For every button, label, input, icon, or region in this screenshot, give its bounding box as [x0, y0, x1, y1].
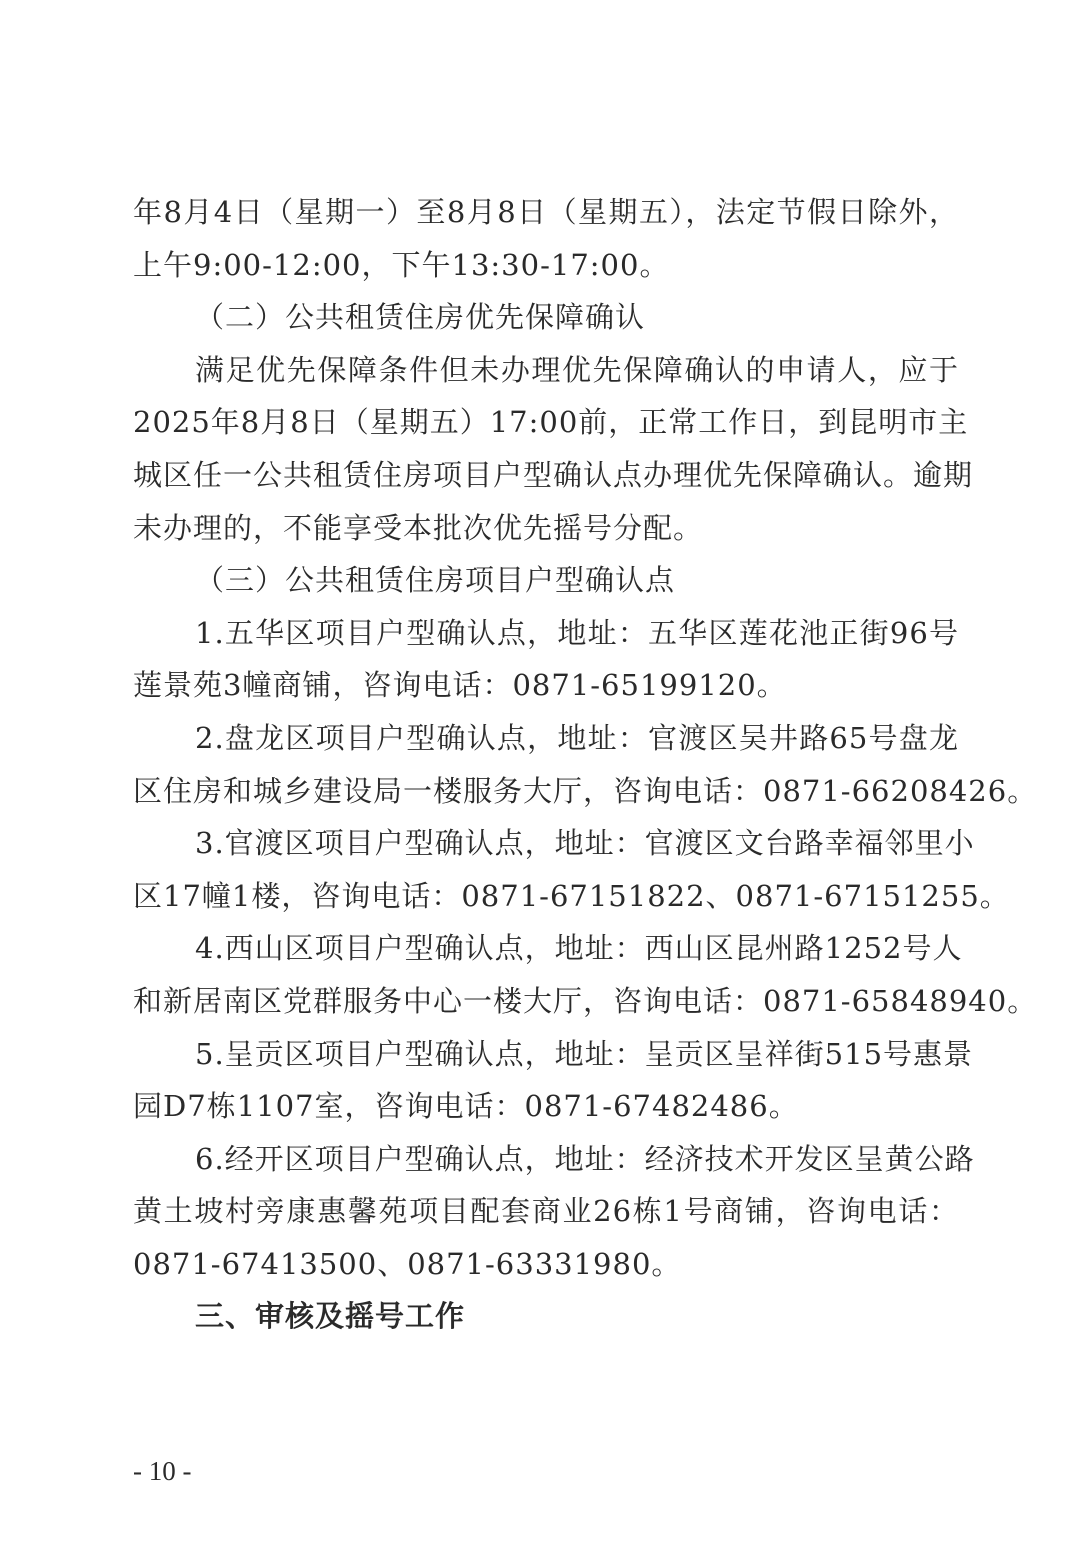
- text-line: 园D7栋1107室，咨询电话：0871-67482486。: [133, 1080, 959, 1133]
- list-item-jingkai: 6.经开区项目户型确认点，地址：经济技术开发区呈黄公路: [133, 1133, 959, 1186]
- text-line: 0871-67413500、0871-63331980。: [133, 1238, 959, 1291]
- page-number: - 10 -: [133, 1456, 191, 1487]
- section-heading-priority-confirmation: （二）公共租赁住房优先保障确认: [133, 291, 959, 344]
- text-line: 未办理的，不能享受本批次优先摇号分配。: [133, 502, 959, 555]
- text-line: 年8月4日（星期一）至8月8日（星期五），法定节假日除外，: [133, 186, 959, 239]
- text-line: 城区任一公共租赁住房项目户型确认点办理优先保障确认。逾期: [133, 449, 959, 502]
- document-body: 年8月4日（星期一）至8月8日（星期五），法定节假日除外， 上午9:00-12:…: [133, 186, 959, 1343]
- section-heading-review-lottery: 三、审核及摇号工作: [133, 1290, 959, 1343]
- text-line: 和新居南区党群服务中心一楼大厅，咨询电话：0871-65848940。: [133, 975, 959, 1028]
- list-item-panlong: 2.盘龙区项目户型确认点，地址：官渡区吴井路65号盘龙: [133, 712, 959, 765]
- text-line: 区住房和城乡建设局一楼服务大厅，咨询电话：0871-66208426。: [133, 765, 959, 818]
- text-line: 莲景苑3幢商铺，咨询电话：0871-65199120。: [133, 659, 959, 712]
- text-line: 区17幢1楼，咨询电话：0871-67151822、0871-67151255。: [133, 870, 959, 923]
- text-line: 2025年8月8日（星期五）17:00前，正常工作日，到昆明市主: [133, 396, 959, 449]
- list-item-wuhua: 1.五华区项目户型确认点，地址：五华区莲花池正街96号: [133, 607, 959, 660]
- text-line: 上午9:00-12:00，下午13:30-17:00。: [133, 239, 959, 292]
- list-item-xishan: 4.西山区项目户型确认点，地址：西山区昆州路1252号人: [133, 922, 959, 975]
- section-heading-confirmation-points: （三）公共租赁住房项目户型确认点: [133, 554, 959, 607]
- text-line: 黄土坡村旁康惠馨苑项目配套商业26栋1号商铺，咨询电话：: [133, 1185, 959, 1238]
- text-line: 满足优先保障条件但未办理优先保障确认的申请人，应于: [133, 344, 959, 397]
- list-item-guandu: 3.官渡区项目户型确认点，地址：官渡区文台路幸福邻里小: [133, 817, 959, 870]
- list-item-chenggong: 5.呈贡区项目户型确认点，地址：呈贡区呈祥街515号惠景: [133, 1028, 959, 1081]
